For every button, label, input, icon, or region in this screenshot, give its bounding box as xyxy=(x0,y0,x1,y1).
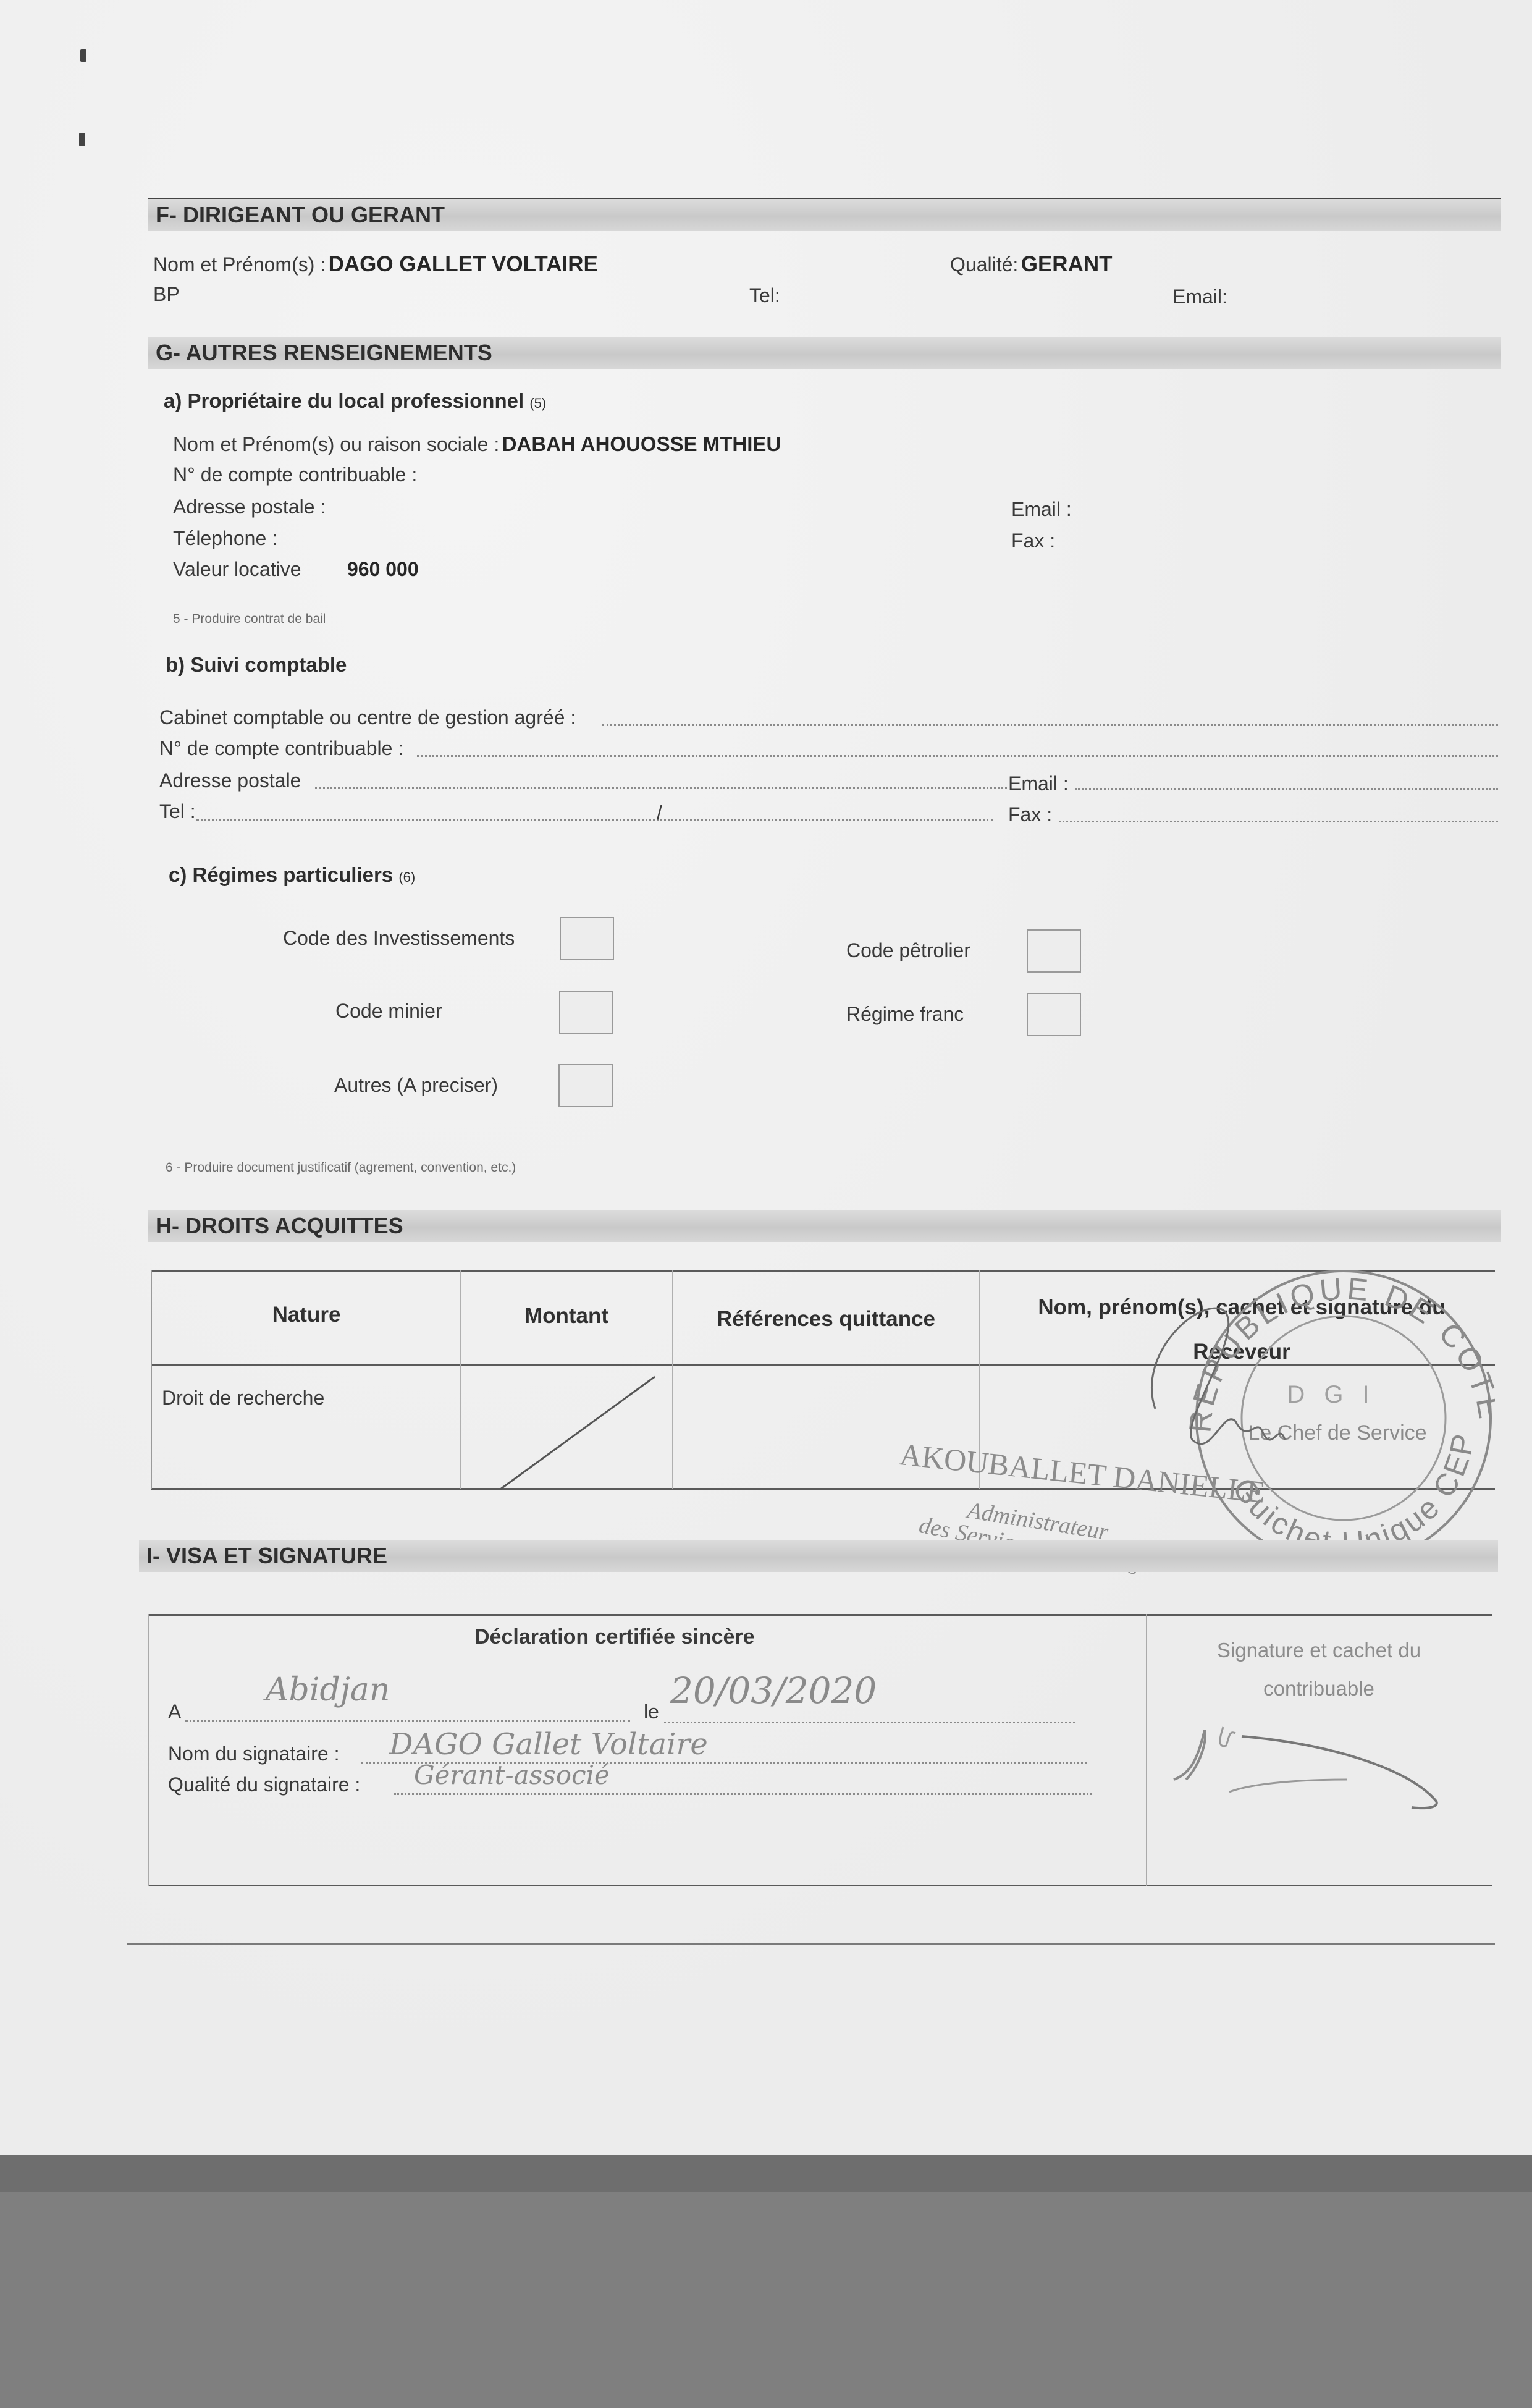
regime-code-petrolier-checkbox[interactable] xyxy=(1027,929,1081,973)
section-f-title: F- DIRIGEANT OU GERANT xyxy=(156,202,445,227)
scanner-edge xyxy=(0,2155,1532,2192)
section-f-header: F- DIRIGEANT OU GERANT xyxy=(148,199,1501,231)
regime-code-petrolier-label: Code pêtrolier xyxy=(846,939,970,962)
svg-text:Le Chef de Service: Le Chef de Service xyxy=(1248,1421,1426,1445)
signataire-value: DAGO Gallet Voltaire xyxy=(389,1727,708,1762)
proprietaire-fax-label: Fax : xyxy=(1011,530,1055,552)
suivi-tel-slash: / xyxy=(657,801,662,824)
signataire-label: Nom du signataire : xyxy=(168,1743,339,1765)
section-h-title: H- DROITS ACQUITTES xyxy=(156,1213,403,1238)
dirigeant-email-label: Email: xyxy=(1172,285,1227,308)
regime-code-minier-checkbox[interactable] xyxy=(559,991,613,1034)
montant-strike-line xyxy=(494,1372,667,1495)
declaration-heading: Déclaration certifiée sincère xyxy=(474,1625,755,1649)
cabinet-field[interactable] xyxy=(602,724,1498,726)
box-col-line xyxy=(148,1614,149,1886)
suivi-compte-field[interactable] xyxy=(417,755,1498,757)
suivi-tel-field[interactable] xyxy=(196,819,993,821)
page-bottom-rule xyxy=(127,1943,1495,1945)
svg-text:D G I: D G I xyxy=(1287,1381,1375,1408)
contribuable-signature xyxy=(1161,1718,1458,1829)
box-rule xyxy=(148,1614,1492,1616)
column-header-nature: Nature xyxy=(152,1303,461,1327)
regime-code-investissements-checkbox[interactable] xyxy=(560,917,614,960)
proprietaire-name-row: Nom et Prénom(s) ou raison sociale : DAB… xyxy=(173,433,781,456)
staple-mark xyxy=(79,133,85,146)
qualite-signataire-field[interactable] xyxy=(394,1793,1092,1795)
dirigeant-bp-label: BP xyxy=(153,283,180,306)
contribuable-heading-line2: contribuable xyxy=(1146,1670,1492,1708)
proprietaire-name-label: Nom et Prénom(s) ou raison sociale : xyxy=(173,433,499,455)
suivi-email-label: Email : xyxy=(1008,772,1069,795)
section-g-header: G- AUTRES RENSEIGNEMENTS xyxy=(148,337,1501,369)
dgi-stamp: REPUBLIQUE DE COTE D'IVOIRE Guichet Uniq… xyxy=(1124,1261,1495,1576)
regime-autres-checkbox[interactable] xyxy=(558,1064,613,1107)
date-value: 20/03/2020 xyxy=(670,1670,877,1712)
regime-code-investissements-label: Code des Investissements xyxy=(283,927,515,950)
section-i-header: I- VISA ET SIGNATURE xyxy=(139,1540,1498,1572)
qualite-signataire-label: Qualité du signataire : xyxy=(168,1773,360,1796)
cell-nature: Droit de recherche xyxy=(162,1387,324,1409)
suivi-fax-label: Fax : xyxy=(1008,803,1052,826)
valeur-locative-label: Valeur locative xyxy=(173,558,301,580)
dirigeant-name-label: Nom et Prénom(s) : xyxy=(153,253,326,276)
suivi-adresse-field[interactable] xyxy=(315,787,1007,789)
section-i-title: I- VISA ET SIGNATURE xyxy=(146,1543,387,1568)
suivi-adresse-label: Adresse postale xyxy=(159,769,301,792)
footnote-6: 6 - Produire document justificatif (agre… xyxy=(166,1160,516,1175)
dirigeant-name-value[interactable]: DAGO GALLET VOLTAIRE xyxy=(329,252,598,276)
lieu-field[interactable] xyxy=(185,1720,630,1722)
proprietaire-adresse-label: Adresse postale : xyxy=(173,496,326,518)
contribuable-heading: Signature et cachet du contribuable xyxy=(1146,1631,1492,1708)
date-field[interactable] xyxy=(664,1722,1075,1723)
subsection-c-heading: c) Régimes particuliers (6) xyxy=(169,863,415,887)
valeur-locative-value[interactable]: 960 000 xyxy=(347,558,419,580)
suivi-tel-label: Tel : xyxy=(159,800,196,823)
column-header-references: Références quittance xyxy=(673,1307,979,1332)
subsection-a-heading: a) Propriétaire du local professionnel (… xyxy=(164,389,546,413)
proprietaire-compte-label: N° de compte contribuable : xyxy=(173,463,417,486)
box-rule xyxy=(148,1885,1492,1886)
regime-code-minier-label: Code minier xyxy=(335,1000,442,1023)
dirigeant-qualite-row: Qualité: GERANT xyxy=(950,252,1113,277)
staple-mark xyxy=(80,49,86,62)
footnote-5: 5 - Produire contrat de bail xyxy=(173,612,326,627)
valeur-locative-row: Valeur locative 960 000 xyxy=(173,558,419,581)
dirigeant-qualite-label: Qualité: xyxy=(950,253,1018,276)
dirigeant-qualite-value[interactable]: GERANT xyxy=(1021,252,1113,276)
section-g-title: G- AUTRES RENSEIGNEMENTS xyxy=(156,340,492,365)
regime-franc-label: Régime franc xyxy=(846,1003,964,1026)
contribuable-heading-line1: Signature et cachet du xyxy=(1146,1631,1492,1670)
subsection-c-title: c) Régimes particuliers xyxy=(169,863,393,886)
table-col-line xyxy=(672,1270,673,1489)
proprietaire-email-label: Email : xyxy=(1011,498,1072,521)
date-label: le xyxy=(644,1700,659,1723)
proprietaire-name-value[interactable]: DABAH AHOUOSSE MTHIEU xyxy=(502,433,781,455)
lieu-label: A xyxy=(168,1700,181,1723)
regime-franc-checkbox[interactable] xyxy=(1027,993,1081,1036)
cabinet-label: Cabinet comptable ou centre de gestion a… xyxy=(159,706,576,729)
lieu-value: Abidjan xyxy=(266,1671,390,1709)
subsection-a-title: a) Propriétaire du local professionnel xyxy=(164,389,524,412)
proprietaire-telephone-label: Télephone : xyxy=(173,527,277,550)
subsection-b-title: b) Suivi comptable xyxy=(166,653,347,677)
suivi-email-field[interactable] xyxy=(1075,788,1498,790)
subsection-c-ref: (6) xyxy=(398,869,415,885)
subsection-a-ref: (5) xyxy=(529,395,546,411)
dirigeant-name-row: Nom et Prénom(s) : DAGO GALLET VOLTAIRE xyxy=(153,252,598,277)
suivi-compte-label: N° de compte contribuable : xyxy=(159,737,403,760)
dirigeant-tel-label: Tel: xyxy=(749,284,780,307)
suivi-fax-field[interactable] xyxy=(1059,821,1498,822)
column-header-montant: Montant xyxy=(461,1304,672,1329)
qualite-signataire-value: Gérant-associé xyxy=(414,1760,610,1790)
section-h-header: H- DROITS ACQUITTES xyxy=(148,1210,1501,1242)
scanned-page: F- DIRIGEANT OU GERANT Nom et Prénom(s) … xyxy=(0,0,1532,2155)
regime-autres-label: Autres (A preciser) xyxy=(334,1074,498,1097)
